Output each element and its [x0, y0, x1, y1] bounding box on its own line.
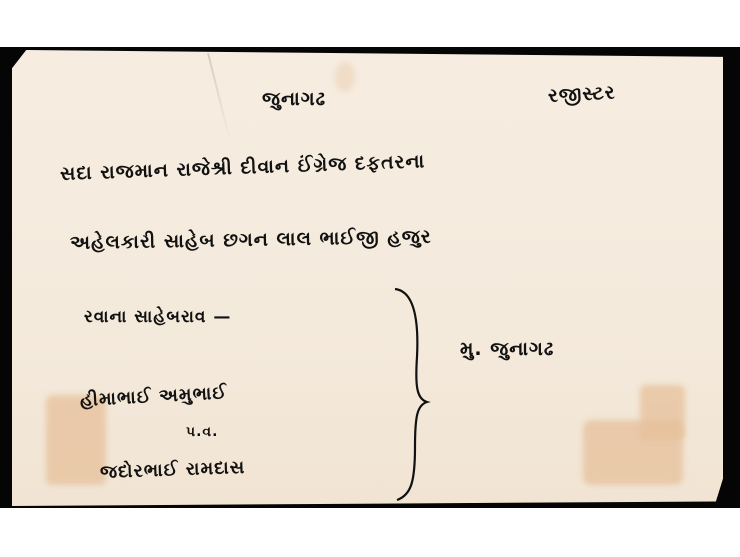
destination-text: મુ. જુનાગઢ — [460, 338, 554, 360]
sender-line-3: પ.વ. — [186, 424, 218, 440]
bracket-curly — [393, 287, 433, 502]
stain-right-upper — [640, 385, 685, 440]
header-left-text: જુનાગઢ — [262, 88, 326, 110]
header-right-text: રજીસ્ટર — [547, 81, 616, 107]
stain-top — [335, 62, 355, 92]
sender-line-1: રવાના સાહેબરાવ — — [84, 307, 231, 327]
